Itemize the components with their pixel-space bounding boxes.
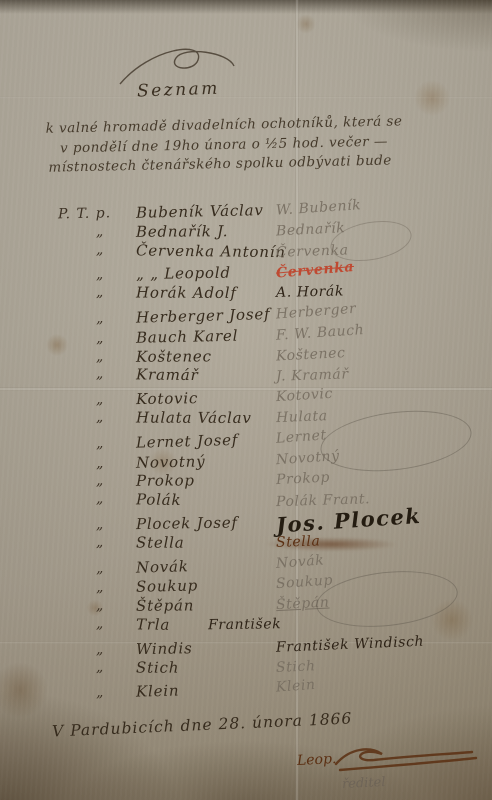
member-signature: W. Bubeník bbox=[276, 197, 362, 218]
ditto-mark: „ bbox=[96, 560, 104, 576]
member-name: Štěpán bbox=[136, 597, 194, 615]
member-signature: Stich bbox=[276, 658, 316, 676]
ditto-mark: „ bbox=[96, 409, 103, 425]
member-signature: Novák bbox=[275, 552, 324, 571]
member-signature: Lernet bbox=[275, 427, 327, 447]
member-name: Soukup bbox=[136, 577, 198, 596]
member-name: Stella bbox=[136, 533, 185, 551]
member-signature: Kotovic bbox=[276, 386, 334, 405]
member-signature: Červenka bbox=[275, 259, 354, 282]
ditto-mark: „ bbox=[96, 473, 103, 489]
member-name: Lernet Josef bbox=[136, 431, 239, 452]
ditto-mark: „ bbox=[96, 659, 103, 675]
member-signature: Stella bbox=[276, 533, 321, 550]
member-name: Prokop bbox=[136, 472, 195, 490]
ditto-mark: „ bbox=[96, 241, 103, 257]
member-signature: J. Kramář bbox=[276, 367, 349, 385]
member-name: Polák bbox=[136, 491, 182, 510]
member-name: Bubeník Václav bbox=[136, 201, 264, 222]
intro-paragraph: k valné hromadě divadelních ochotníků, k… bbox=[45, 112, 403, 178]
ditto-mark: „ bbox=[96, 366, 103, 382]
ditto-mark: „ bbox=[96, 616, 103, 632]
member-name: Klein bbox=[136, 682, 180, 701]
member-name: Novotný bbox=[136, 452, 206, 471]
signature-flourish-icon bbox=[330, 742, 480, 776]
member-name: Kramář bbox=[136, 366, 199, 385]
member-name: Hulata Václav bbox=[136, 409, 252, 427]
ditto-mark: „ bbox=[96, 435, 104, 451]
ditto-mark: „ bbox=[96, 685, 104, 701]
member-name: Kotovic bbox=[136, 389, 198, 408]
ditto-mark: „ bbox=[96, 517, 104, 533]
member-name: Bauch Karel bbox=[136, 326, 239, 346]
member-signature: František bbox=[208, 616, 281, 633]
member-name: Novák bbox=[136, 557, 189, 576]
member-signature: Prokop bbox=[276, 470, 331, 489]
member-name: Herberger Josef bbox=[136, 305, 271, 327]
member-name: Koštenec bbox=[136, 347, 212, 365]
member-name: Plocek Josef bbox=[136, 513, 238, 533]
member-signature: Soukup bbox=[275, 573, 333, 593]
member-signature: František Windisch bbox=[276, 633, 425, 655]
ditto-mark: „ bbox=[96, 311, 104, 327]
member-signature: Herberger bbox=[275, 301, 356, 323]
member-signature: Klein bbox=[275, 677, 316, 696]
director-title: ředitel bbox=[342, 775, 386, 792]
member-name: Bednařík J. bbox=[136, 222, 228, 240]
member-signature: Koštenec bbox=[276, 345, 346, 364]
member-signature: Hulata bbox=[276, 408, 328, 426]
member-name: „ „ Leopold bbox=[136, 264, 231, 283]
ditto-mark: „ bbox=[96, 285, 103, 301]
member-name: Trla bbox=[136, 615, 170, 633]
member-name: Červenka Antonín bbox=[136, 241, 286, 261]
member-name: Horák Adolf bbox=[136, 284, 237, 302]
ditto-mark: „ bbox=[96, 641, 104, 657]
member-signature: F. W. Bauch bbox=[276, 322, 365, 344]
ditto-mark: „ bbox=[96, 491, 103, 507]
member-name: Stich bbox=[136, 658, 179, 676]
ditto-mark: „ bbox=[96, 392, 104, 408]
document-photo: Seznam k valné hromadě divadelních ochot… bbox=[0, 0, 492, 800]
ditto-mark: „ bbox=[96, 224, 103, 240]
ditto-mark: „ bbox=[96, 455, 104, 471]
member-signature: A. Horák bbox=[276, 284, 344, 302]
ditto-mark: „ bbox=[96, 348, 103, 364]
ditto-mark: „ bbox=[96, 267, 104, 283]
ditto-mark: „ bbox=[96, 330, 104, 346]
ditto-mark: „ bbox=[96, 534, 103, 550]
member-name: Windis bbox=[136, 639, 193, 658]
ditto-mark: „ bbox=[96, 580, 104, 596]
ditto-mark: „ bbox=[96, 598, 103, 614]
honorific-prefix: P. T. p. bbox=[58, 205, 111, 222]
document-title: Seznam bbox=[137, 79, 221, 102]
